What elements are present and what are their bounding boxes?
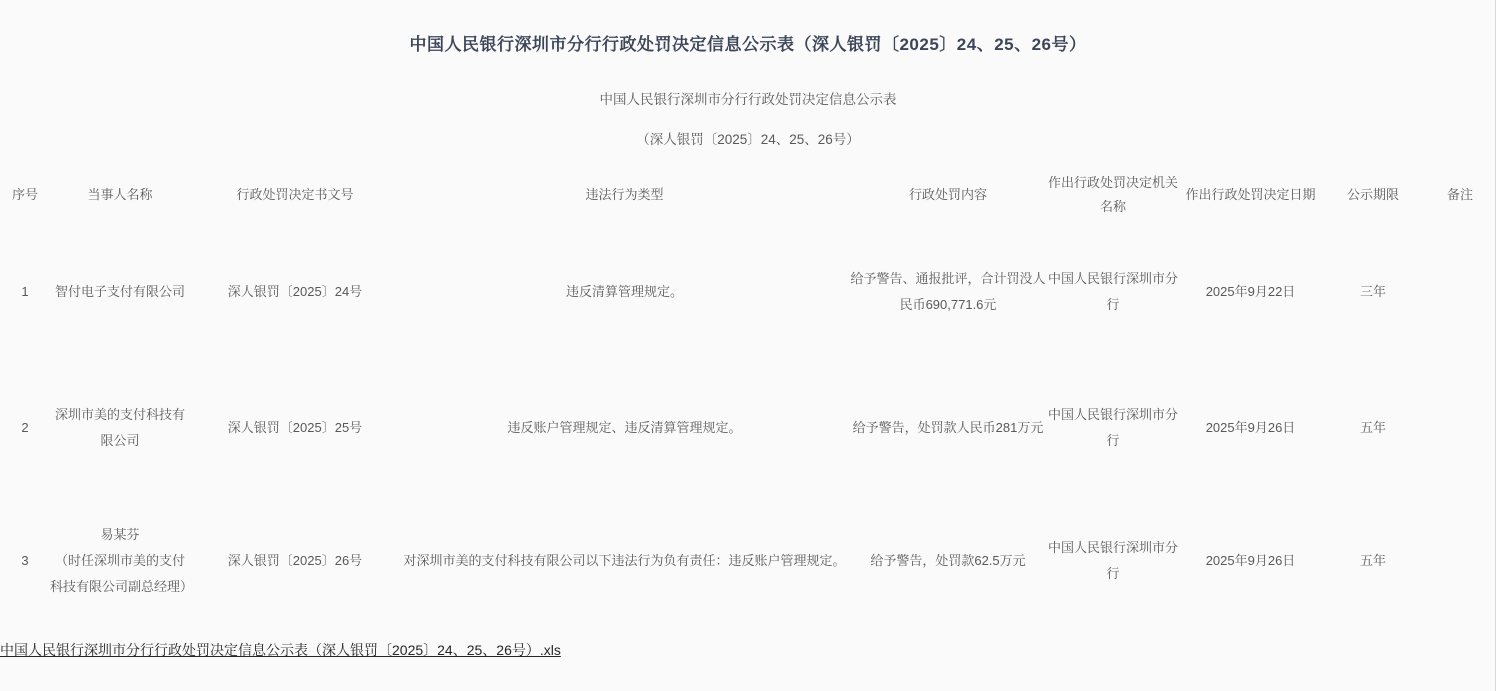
table-row: 1 智付电子支付有限公司 深人银罚〔2025〕24号 违反清算管理规定。 给予警… xyxy=(0,224,1496,360)
cell-date: 2025年9月26日 xyxy=(1179,360,1322,496)
cell-doc-no: 深人银罚〔2025〕26号 xyxy=(190,496,400,626)
cell-date: 2025年9月22日 xyxy=(1179,224,1322,360)
table-header-row: 序号 当事人名称 行政处罚决定书文号 违法行为类型 行政处罚内容 作出行政处罚决… xyxy=(0,165,1496,224)
cell-seq: 3 xyxy=(0,496,50,626)
cell-doc-no: 深人银罚〔2025〕25号 xyxy=(190,360,400,496)
cell-penalty: 给予警告，处罚款62.5万元 xyxy=(849,496,1047,626)
header-violation: 违法行为类型 xyxy=(400,165,849,224)
document-number-subtitle: （深人银罚〔2025〕24、25、26号） xyxy=(0,115,1496,165)
attachment-link[interactable]: 中国人民银行深圳市分行行政处罚决定信息公示表（深人银罚〔2025〕24、25、2… xyxy=(0,642,561,658)
cell-penalty: 给予警告、通报批评，合计罚没人民币690,771.6元 xyxy=(849,224,1047,360)
header-remark: 备注 xyxy=(1424,165,1496,224)
cell-period: 五年 xyxy=(1322,360,1424,496)
cell-authority: 中国人民银行深圳市分行 xyxy=(1047,360,1179,496)
document-subtitle: 中国人民银行深圳市分行行政处罚决定信息公示表 xyxy=(0,85,1496,115)
cell-violation: 对深圳市美的支付科技有限公司以下违法行为负有责任：违反账户管理规定。 xyxy=(400,496,849,626)
cell-doc-no: 深人银罚〔2025〕24号 xyxy=(190,224,400,360)
header-party: 当事人名称 xyxy=(50,165,190,224)
cell-party: 智付电子支付有限公司 xyxy=(50,224,190,360)
table-row: 2 深圳市美的支付科技有限公司 深人银罚〔2025〕25号 违反账户管理规定、违… xyxy=(0,360,1496,496)
attachment-row: 中国人民银行深圳市分行行政处罚决定信息公示表（深人银罚〔2025〕24、25、2… xyxy=(0,640,1496,660)
header-date: 作出行政处罚决定日期 xyxy=(1179,165,1322,224)
header-authority: 作出行政处罚决定机关名称 xyxy=(1047,165,1179,224)
penalty-table: 序号 当事人名称 行政处罚决定书文号 违法行为类型 行政处罚内容 作出行政处罚决… xyxy=(0,165,1496,626)
cell-seq: 2 xyxy=(0,360,50,496)
header-seq: 序号 xyxy=(0,165,50,224)
cell-violation: 违反清算管理规定。 xyxy=(400,224,849,360)
cell-seq: 1 xyxy=(0,224,50,360)
table-row: 3 易某芬 （时任深圳市美的支付科技有限公司副总经理） 深人银罚〔2025〕26… xyxy=(0,496,1496,626)
cell-period: 三年 xyxy=(1322,224,1424,360)
cell-authority: 中国人民银行深圳市分行 xyxy=(1047,224,1179,360)
cell-remark xyxy=(1424,360,1496,496)
cell-party: 易某芬 （时任深圳市美的支付科技有限公司副总经理） xyxy=(50,496,190,626)
cell-remark xyxy=(1424,496,1496,626)
header-period: 公示期限 xyxy=(1322,165,1424,224)
cell-authority: 中国人民银行深圳市分行 xyxy=(1047,496,1179,626)
cell-date: 2025年9月26日 xyxy=(1179,496,1322,626)
cell-party: 深圳市美的支付科技有限公司 xyxy=(50,360,190,496)
cell-remark xyxy=(1424,224,1496,360)
cell-period: 五年 xyxy=(1322,496,1424,626)
cell-penalty: 给予警告，处罚款人民币281万元 xyxy=(849,360,1047,496)
page-title: 中国人民银行深圳市分行行政处罚决定信息公示表（深人银罚〔2025〕24、25、2… xyxy=(0,0,1496,85)
cell-violation: 违反账户管理规定、违反清算管理规定。 xyxy=(400,360,849,496)
header-penalty: 行政处罚内容 xyxy=(849,165,1047,224)
header-doc-no: 行政处罚决定书文号 xyxy=(190,165,400,224)
